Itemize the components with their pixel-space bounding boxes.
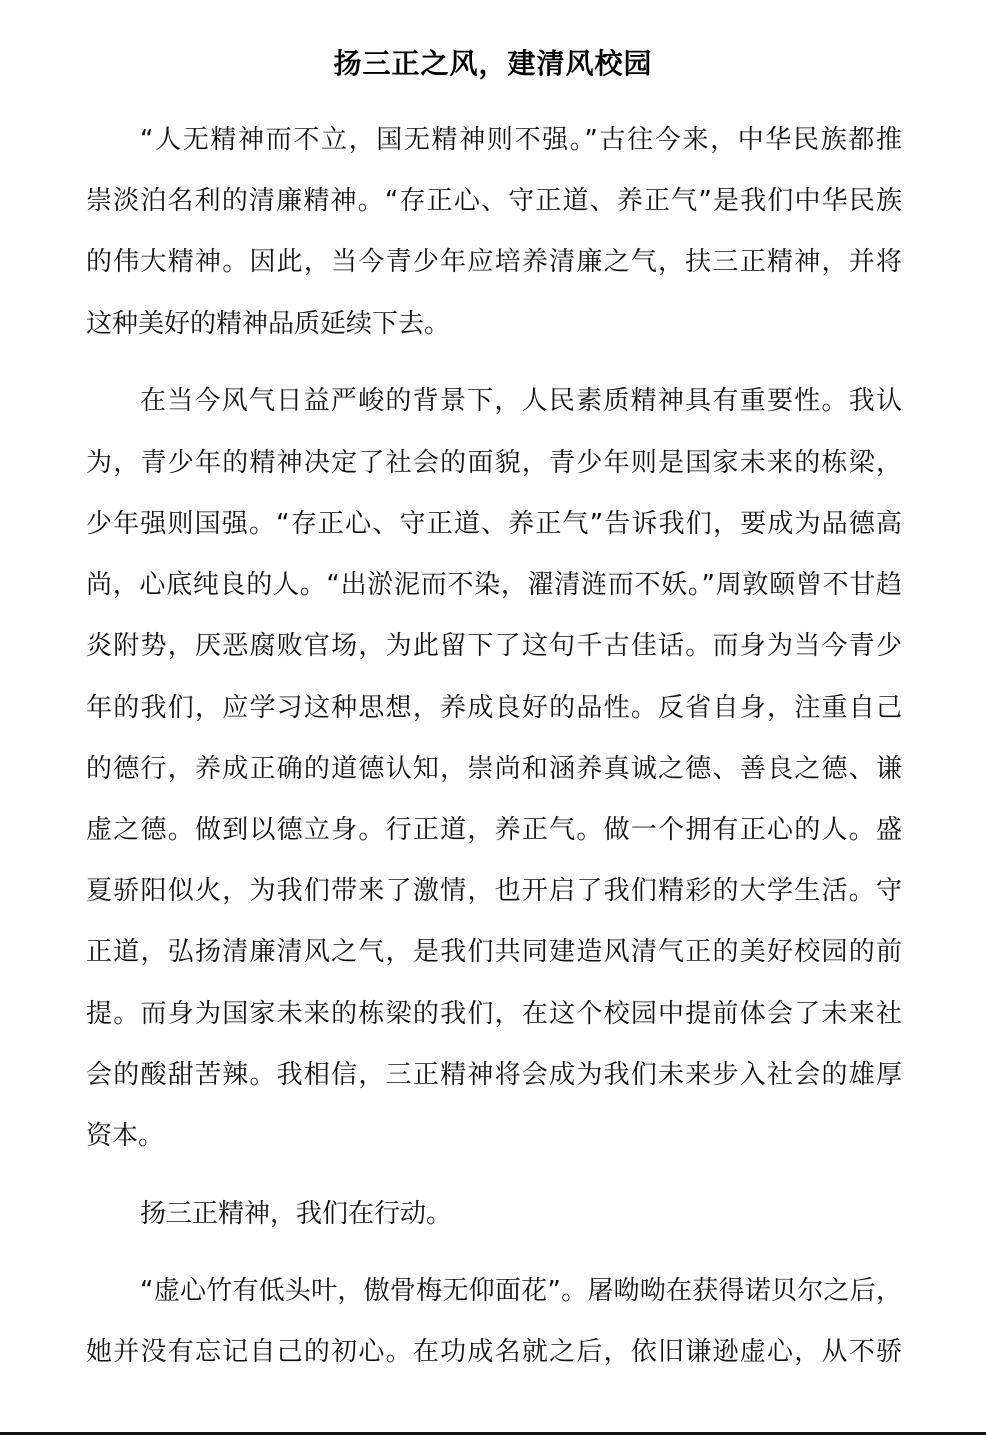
paragraph-2-line-5: 炎附势，厌恶腐败官场，为此留下了这句千古佳话。而身为当今青少: [86, 626, 902, 666]
paragraph-4-line-2: 她并没有忘记自己的初心。在功成名就之后，依旧谦逊虚心，从不骄: [86, 1332, 902, 1372]
paragraph-2-line-1: 在当今风气日益严峻的背景下，人民素质精神具有重要性。我认: [140, 381, 902, 421]
paragraph-1-line-4: 这种美好的精神品质延续下去。: [86, 304, 902, 344]
paragraph-2-line-2: 为，青少年的精神决定了社会的面貌，青少年则是国家未来的栋梁，: [86, 443, 902, 483]
paragraph-3-line-1: 扬三正精神，我们在行动。: [140, 1194, 902, 1234]
paragraph-2-line-11: 提。而身为国家未来的栋梁的我们，在这个校园中提前体会了未来社: [86, 994, 902, 1034]
document-page: 扬三正之风，建清风校园 “人无精神而不立，国无精神则不强。”古往今来，中华民族都…: [0, 0, 986, 1435]
paragraph-2-line-3: 少年强则国强。“存正心、守正道、养正气”告诉我们，要成为品德高: [86, 504, 902, 544]
paragraph-2-line-8: 虚之德。做到以德立身。行正道，养正气。做一个拥有正心的人。盛: [86, 810, 902, 850]
paragraph-2-line-4: 尚，心底纯良的人。“出淤泥而不染，濯清涟而不妖。”周敦颐曾不甘趋: [86, 565, 902, 605]
paragraph-1-line-1: “人无精神而不立，国无精神则不强。”古往今来，中华民族都推: [140, 120, 902, 160]
paragraph-2-line-10: 正道，弘扬清廉清风之气，是我们共同建造风清气正的美好校园的前: [86, 932, 902, 972]
paragraph-2-line-12: 会的酸甜苦辣。我相信，三正精神将会成为我们未来步入社会的雄厚: [86, 1055, 902, 1095]
paragraph-1-line-3: 的伟大精神。因此，当今青少年应培养清廉之气，扶三正精神，并将: [86, 242, 902, 282]
paragraph-2-line-13: 资本。: [86, 1116, 902, 1156]
paragraph-4-line-1: “虚心竹有低头叶，傲骨梅无仰面花”。屠呦呦在获得诺贝尔之后，: [140, 1271, 902, 1311]
paragraph-2-line-9: 夏骄阳似火，为我们带来了激情，也开启了我们精彩的大学生活。守: [86, 871, 902, 911]
document-title: 扬三正之风，建清风校园: [0, 42, 986, 86]
paragraph-1-line-2: 崇淡泊名利的清廉精神。“存正心、守正道、养正气”是我们中华民族: [86, 181, 902, 221]
paragraph-2-line-7: 的德行，养成正确的道德认知，崇尚和涵养真诚之德、善良之德、谦: [86, 749, 902, 789]
paragraph-2-line-6: 年的我们，应学习这种思想，养成良好的品性。反省自身，注重自己: [86, 688, 902, 728]
